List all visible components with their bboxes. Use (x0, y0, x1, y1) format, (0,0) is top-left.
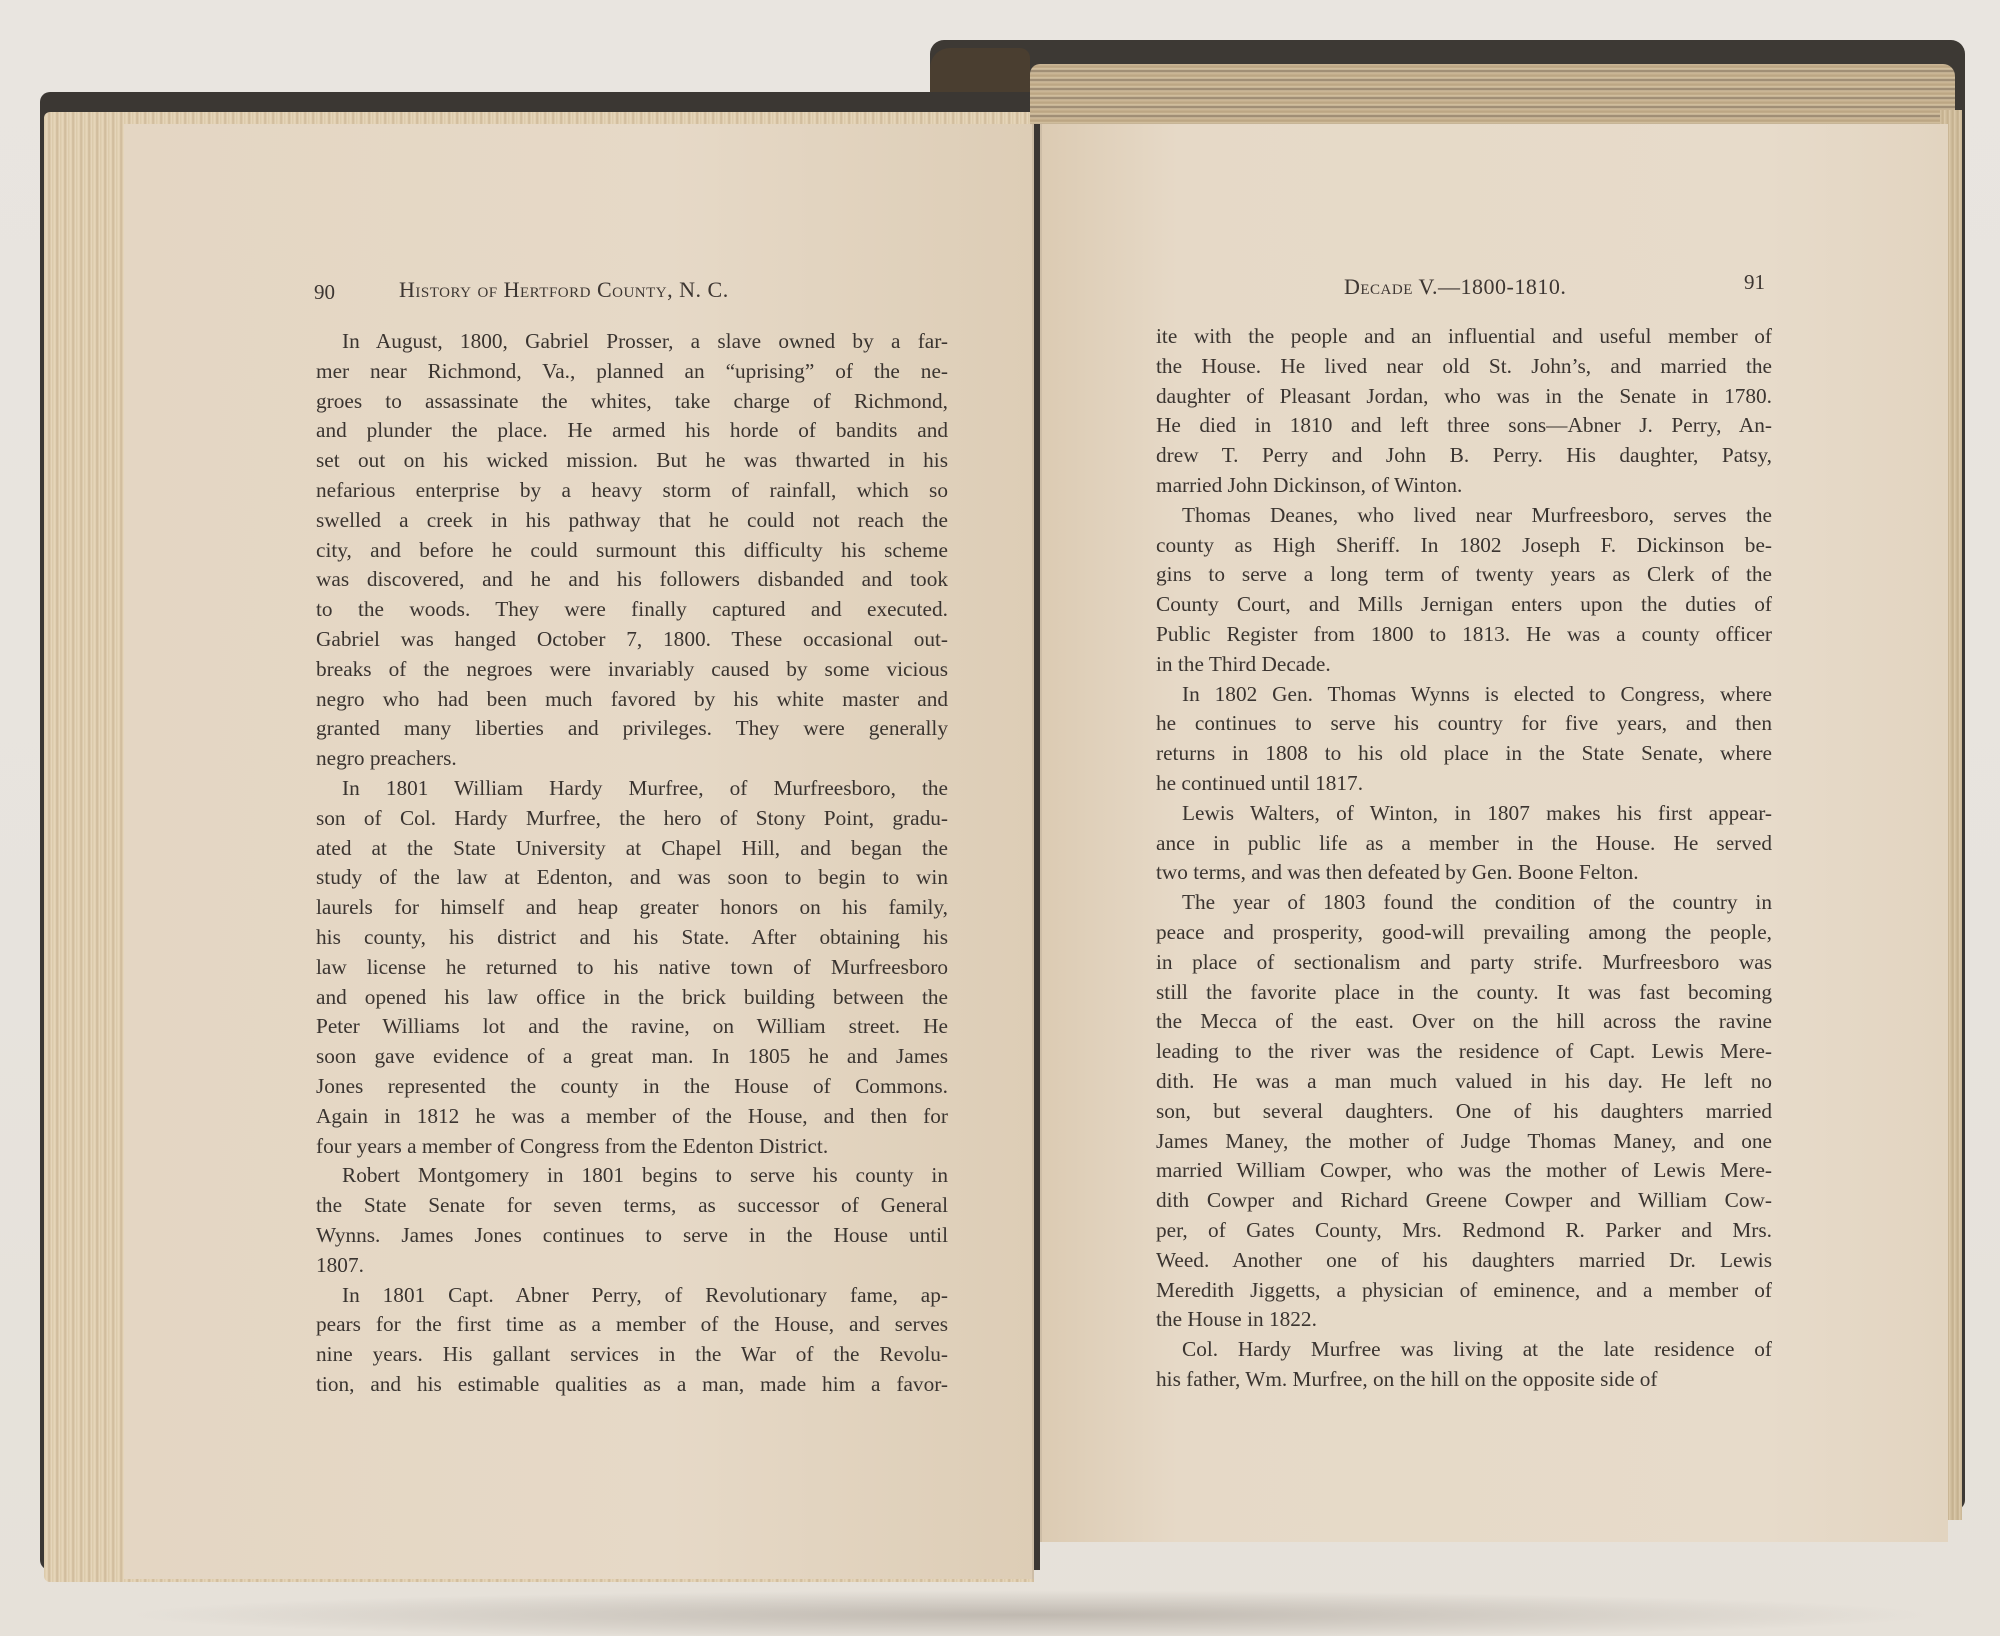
paragraph: Thomas Deanes, who lived near Murfreesbo… (1156, 501, 1772, 680)
text-line: 1807. (316, 1251, 948, 1281)
text-line: married William Cowper, who was the moth… (1156, 1156, 1772, 1186)
running-head: Decade V.—1800-1810. (1344, 274, 1566, 300)
text-line: in the Third Decade. (1156, 650, 1772, 680)
text-line: ance in public life as a member in the H… (1156, 829, 1772, 859)
text-line: was discovered, and he and his followers… (316, 565, 948, 595)
text-line: Meredith Jiggetts, a physician of eminen… (1156, 1276, 1772, 1306)
text-line: In 1801 Capt. Abner Perry, of Revolution… (316, 1281, 948, 1311)
text-line: married John Dickinson, of Winton. (1156, 471, 1772, 501)
text-line: County Court, and Mills Jernigan enters … (1156, 590, 1772, 620)
text-line: Wynns. James Jones continues to serve in… (316, 1221, 948, 1251)
body-text: ite with the people and an influential a… (1156, 322, 1772, 1395)
text-line: negro preachers. (316, 744, 948, 774)
book-shadow (120, 1590, 1940, 1636)
text-line: peace and prosperity, good-will prevaili… (1156, 918, 1772, 948)
text-line: daughter of Pleasant Jordan, who was in … (1156, 382, 1772, 412)
text-line: the Mecca of the east. Over on the hill … (1156, 1007, 1772, 1037)
text-line: gins to serve a long term of twenty year… (1156, 560, 1772, 590)
text-line: In 1801 William Hardy Murfree, of Murfre… (316, 774, 948, 804)
paragraph: In 1802 Gen. Thomas Wynns is elected to … (1156, 680, 1772, 799)
text-line: granted many liberties and privileges. T… (316, 714, 948, 744)
text-line: law license he returned to his native to… (316, 953, 948, 983)
text-line: Col. Hardy Murfree was living at the lat… (1156, 1335, 1772, 1365)
paragraph: ite with the people and an influential a… (1156, 322, 1772, 501)
page-number: 90 (314, 280, 335, 305)
text-line: the State Senate for seven terms, as suc… (316, 1191, 948, 1221)
text-line: The year of 1803 found the condition of … (1156, 888, 1772, 918)
text-line: he continued until 1817. (1156, 769, 1772, 799)
left-page: 90 History of Hertford County, N. C. In … (124, 124, 1034, 1579)
text-line: the House. He lived near old St. John’s,… (1156, 352, 1772, 382)
text-line: still the favorite place in the county. … (1156, 978, 1772, 1008)
text-line: nefarious enterprise by a heavy storm of… (316, 476, 948, 506)
text-line: county as High Sheriff. In 1802 Joseph F… (1156, 531, 1772, 561)
text-line: Robert Montgomery in 1801 begins to serv… (316, 1161, 948, 1191)
text-line: ated at the State University at Chapel H… (316, 834, 948, 864)
text-line: in place of sectionalism and party strif… (1156, 948, 1772, 978)
text-line: nine years. His gallant services in the … (316, 1340, 948, 1370)
text-line: returns in 1808 to his old place in the … (1156, 739, 1772, 769)
text-line: and opened his law office in the brick b… (316, 983, 948, 1013)
text-line: to the woods. They were finally captured… (316, 595, 948, 625)
text-line: Weed. Another one of his daughters marri… (1156, 1246, 1772, 1276)
text-line: Lewis Walters, of Winton, in 1807 makes … (1156, 799, 1772, 829)
text-line: pears for the first time as a member of … (316, 1310, 948, 1340)
text-line: laurels for himself and heap greater hon… (316, 893, 948, 923)
text-line: and plunder the place. He armed his hord… (316, 416, 948, 446)
paragraph: The year of 1803 found the condition of … (1156, 888, 1772, 1335)
text-line: Gabriel was hanged October 7, 1800. Thes… (316, 625, 948, 655)
text-line: breaks of the negroes were invariably ca… (316, 655, 948, 685)
text-line: study of the law at Edenton, and was soo… (316, 863, 948, 893)
text-line: Jones represented the county in the Hous… (316, 1072, 948, 1102)
page-number: 91 (1744, 270, 1765, 295)
text-line: Public Register from 1800 to 1813. He wa… (1156, 620, 1772, 650)
text-line: ite with the people and an influential a… (1156, 322, 1772, 352)
text-line: Peter Williams lot and the ravine, on Wi… (316, 1012, 948, 1042)
text-line: tion, and his estimable qualities as a m… (316, 1370, 948, 1400)
text-line: city, and before he could surmount this … (316, 536, 948, 566)
text-line: drew T. Perry and John B. Perry. His dau… (1156, 441, 1772, 471)
text-line: dith. He was a man much valued in his da… (1156, 1067, 1772, 1097)
text-line: Again in 1812 he was a member of the Hou… (316, 1102, 948, 1132)
text-line: groes to assassinate the whites, take ch… (316, 387, 948, 417)
paragraph: In 1801 Capt. Abner Perry, of Revolution… (316, 1281, 948, 1400)
paragraph: Lewis Walters, of Winton, in 1807 makes … (1156, 799, 1772, 888)
text-line: two terms, and was then defeated by Gen.… (1156, 858, 1772, 888)
paragraph: In August, 1800, Gabriel Prosser, a slav… (316, 327, 948, 774)
running-head: History of Hertford County, N. C. (399, 277, 729, 303)
text-line: son, but several daughters. One of his d… (1156, 1097, 1772, 1127)
text-line: four years a member of Congress from the… (316, 1132, 948, 1162)
text-line: his father, Wm. Murfree, on the hill on … (1156, 1365, 1772, 1395)
paragraph: Col. Hardy Murfree was living at the lat… (1156, 1335, 1772, 1395)
body-text: In August, 1800, Gabriel Prosser, a slav… (316, 327, 948, 1400)
text-line: leading to the river was the residence o… (1156, 1037, 1772, 1067)
text-line: James Maney, the mother of Judge Thomas … (1156, 1127, 1772, 1157)
text-line: soon gave evidence of a great man. In 18… (316, 1042, 948, 1072)
text-line: swelled a creek in his pathway that he c… (316, 506, 948, 536)
text-line: the House in 1822. (1156, 1305, 1772, 1335)
text-line: set out on his wicked mission. But he wa… (316, 446, 948, 476)
right-page-stack-top (1030, 64, 1955, 124)
text-line: he continues to serve his country for fi… (1156, 709, 1772, 739)
text-line: mer near Richmond, Va., planned an “upri… (316, 357, 948, 387)
text-line: negro who had been much favored by his w… (316, 685, 948, 715)
text-line: In August, 1800, Gabriel Prosser, a slav… (316, 327, 948, 357)
paragraph: Robert Montgomery in 1801 begins to serv… (316, 1161, 948, 1280)
text-line: In 1802 Gen. Thomas Wynns is elected to … (1156, 680, 1772, 710)
text-line: He died in 1810 and left three sons—Abne… (1156, 411, 1772, 441)
text-line: his county, his district and his State. … (316, 923, 948, 953)
text-line: per, of Gates County, Mrs. Redmond R. Pa… (1156, 1216, 1772, 1246)
text-line: son of Col. Hardy Murfree, the hero of S… (316, 804, 948, 834)
text-line: Thomas Deanes, who lived near Murfreesbo… (1156, 501, 1772, 531)
right-page: Decade V.—1800-1810. 91 ite with the peo… (1040, 124, 1948, 1542)
text-line: dith Cowper and Richard Greene Cowper an… (1156, 1186, 1772, 1216)
paragraph: In 1801 William Hardy Murfree, of Murfre… (316, 774, 948, 1161)
